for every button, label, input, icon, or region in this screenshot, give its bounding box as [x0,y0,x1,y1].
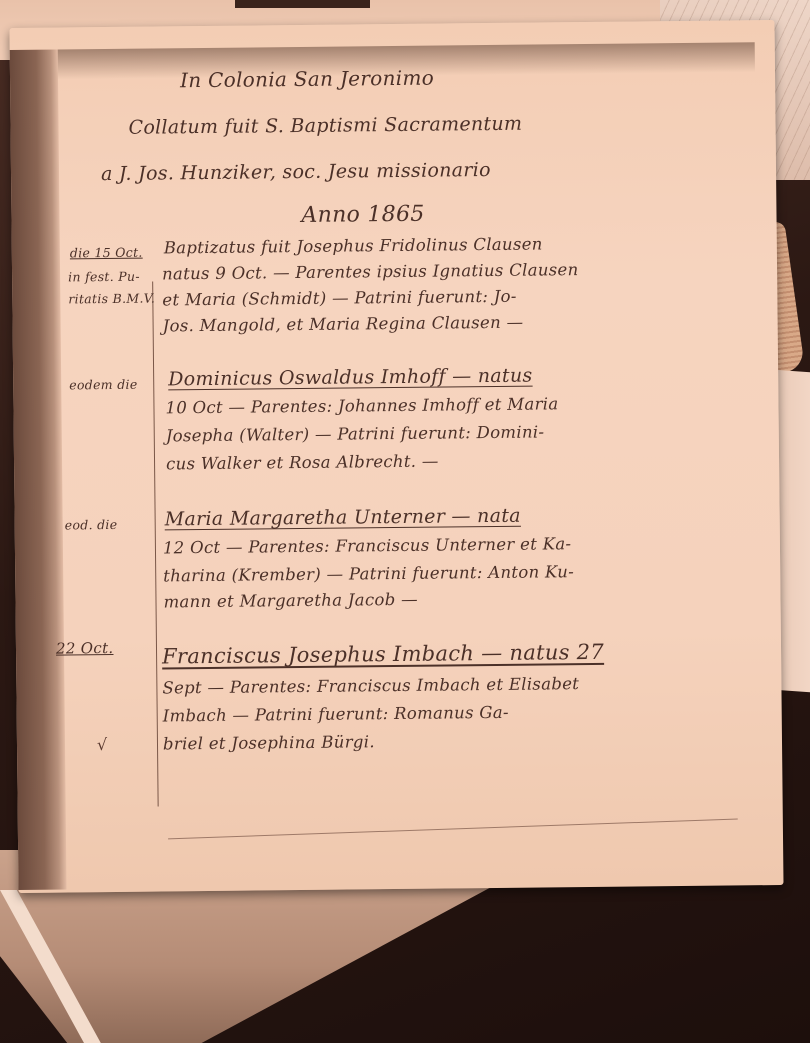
page-spine [10,50,67,890]
entry-3-line-2: 12 Oct — Parentes: Franciscus Unterner e… [163,534,572,557]
bottom-rule [168,818,738,839]
entry-2-line-2: 10 Oct — Parentes: Johannes Imhoff et Ma… [165,394,558,417]
entry-2-date: eodem die [69,377,137,393]
year-heading: Anno 1865 [301,202,424,228]
checkmark-icon: √ [97,735,108,754]
entry-4-date: 22 Oct. [56,639,114,658]
entry-1-line-2: natus 9 Oct. — Parentes ipsius Ignatius … [162,260,579,283]
entry-1-margin-3: ritatis B.M.V. [68,291,155,307]
entry-1-margin-2: in fest. Pu- [68,269,140,285]
entry-4-line-1: Franciscus Josephus Imbach — natus 27 [162,640,604,669]
margin-rule [152,282,158,807]
entry-4-line-4: briel et Josephina Bürgi. [163,732,375,753]
background-dark-strip [235,0,370,8]
entry-3-date: eod. die [65,517,118,533]
heading-line-1: In Colonia San Jeronimo [180,66,434,93]
entry-1-date: die 15 Oct. [70,245,143,261]
entry-2-line-3: Josepha (Walter) — Patrini fuerunt: Domi… [166,422,545,445]
entry-4-line-2: Sept — Parentes: Franciscus Imbach et El… [162,674,579,697]
entry-4-line-3: Imbach — Patrini fuerunt: Romanus Ga- [163,703,509,726]
entry-3-line-4: mann et Margaretha Jacob — [163,590,418,612]
entry-1-line-3: et Maria (Schmidt) — Patrini fuerunt: Jo… [162,287,517,310]
heading-line-3: a J. Jos. Hunziker, soc. Jesu missionari… [101,159,491,185]
entry-2-line-4: cus Walker et Rosa Albrecht. — [166,452,439,474]
register-page: In Colonia San Jeronimo Collatum fuit S.… [9,20,783,893]
entry-3-line-1: Maria Margaretha Unterner — nata [165,505,521,531]
entry-3-line-3: tharina (Krember) — Patrini fuerunt: Ant… [163,562,574,585]
entry-2-line-1: Dominicus Oswaldus Imhoff — natus [168,365,533,391]
heading-line-2: Collatum fuit S. Baptismi Sacramentum [128,113,522,139]
entry-1-line-4: Jos. Mangold, et Maria Regina Clausen — [163,313,524,336]
entry-1-line-1: Baptizatus fuit Josephus Fridolinus Clau… [164,234,543,257]
